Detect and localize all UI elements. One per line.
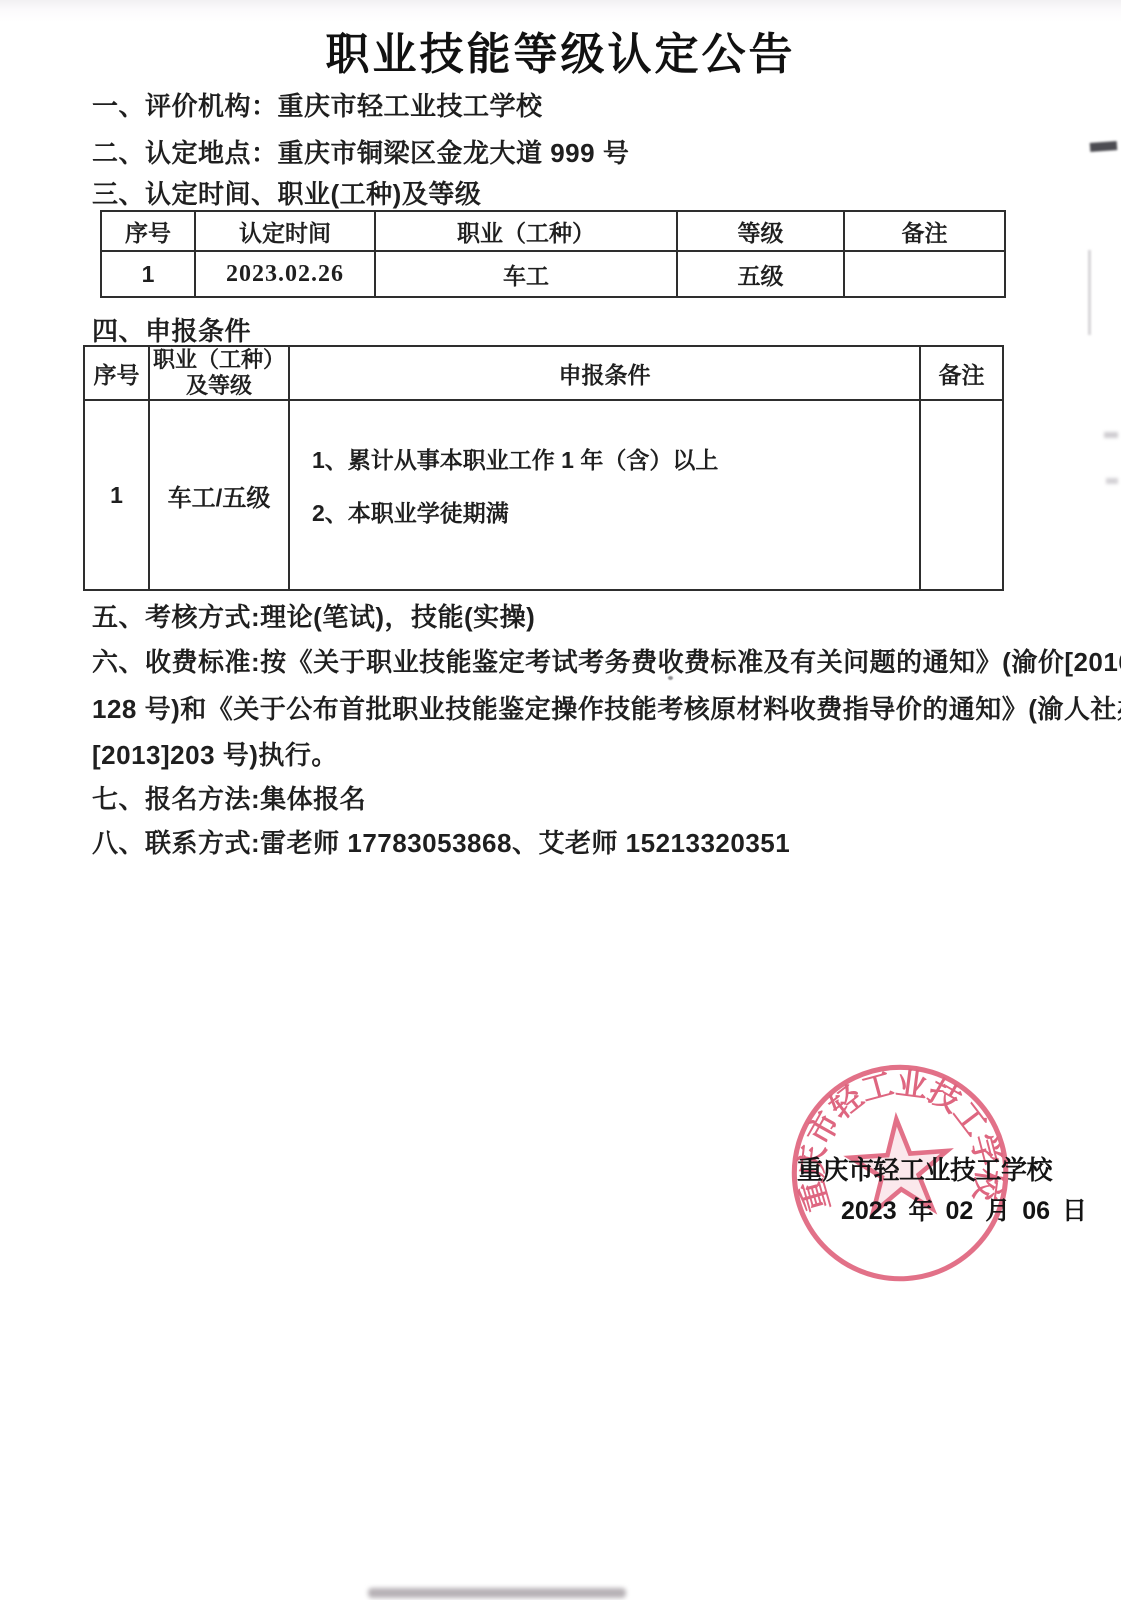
cell-note	[920, 400, 1003, 590]
schedule-table-row: 1 2023.02.26 车工 五级	[101, 251, 1005, 297]
document-page: 职业技能等级认定公告 一、评价机构：重庆市轻工业技工学校 二、认定地点：重庆市铜…	[0, 0, 1121, 1600]
section-registration: 七、报名方法:集体报名	[92, 779, 366, 816]
scan-artifact-squiggle	[1106, 478, 1118, 484]
conditions-table-header-row: 序号 职业（工种） 及等级 申报条件 备注	[84, 346, 1003, 400]
section-assessment: 五、考核方式:理论(笔试)，技能(实操)	[92, 597, 535, 634]
condition-line-2: 2、本职业学徒期满	[312, 495, 919, 528]
header-cell-no: 序号	[84, 346, 149, 400]
cell-conditions: 1、累计从事本职业工作 1 年（含）以上 2、本职业学徒期满	[289, 400, 920, 590]
schedule-table-header-row: 序号 认定时间 职业（工种） 等级 备注	[101, 211, 1005, 251]
header-job-line1: 职业（工种）	[150, 347, 288, 373]
signature-date: 2023 年 02 月 06 日	[841, 1191, 1087, 1227]
scan-artifact-edge-line	[1088, 250, 1091, 335]
cell-date: 2023.02.26	[195, 251, 375, 297]
signature-school-name: 重庆市轻工业技工学校	[797, 1150, 1052, 1187]
condition-lines: 1、累计从事本职业工作 1 年（含）以上 2、本职业学徒期满	[290, 442, 919, 528]
section-contact: 八、联系方式:雷老师 17783053868、艾老师 15213320351	[92, 823, 790, 860]
page-title: 职业技能等级认定公告	[0, 18, 1121, 82]
schedule-table: 序号 认定时间 职业（工种） 等级 备注 1 2023.02.26 车工 五级	[100, 210, 1006, 298]
header-cell-occupation: 职业（工种）	[375, 211, 677, 251]
section-fee-line3: [2013]203 号)执行。	[92, 735, 338, 772]
header-job-line2: 及等级	[150, 373, 288, 399]
section-schedule-heading: 三、认定时间、职业(工种)及等级	[92, 174, 481, 211]
header-cell-no: 序号	[101, 211, 195, 251]
condition-line-1: 1、累计从事本职业工作 1 年（含）以上	[312, 442, 919, 475]
header-cell-level: 等级	[677, 211, 844, 251]
header-cell-note: 备注	[920, 346, 1003, 400]
header-cell-note: 备注	[844, 211, 1005, 251]
scan-artifact-edge-dash	[1090, 141, 1118, 152]
cell-occupation: 车工	[375, 251, 677, 297]
cell-job-level: 车工/五级	[149, 400, 289, 590]
section-conditions-heading: 四、申报条件	[92, 311, 251, 348]
section-location: 二、认定地点：重庆市铜梁区金龙大道 999 号	[92, 133, 629, 170]
conditions-table: 序号 职业（工种） 及等级 申报条件 备注 1 车工/五级 1、累计从事本职业工…	[83, 345, 1004, 591]
header-cell-date: 认定时间	[195, 211, 375, 251]
section-fee-line1: 六、收费标准:按《关于职业技能鉴定考试考务费收费标准及有关问题的通知》(渝价[2…	[92, 642, 1121, 679]
scan-artifact-squiggle	[1104, 432, 1118, 438]
conditions-table-row: 1 车工/五级 1、累计从事本职业工作 1 年（含）以上 2、本职业学徒期满	[84, 400, 1003, 590]
header-cell-job-level: 职业（工种） 及等级	[149, 346, 289, 400]
cell-level: 五级	[677, 251, 844, 297]
cell-no: 1	[101, 251, 195, 297]
section-fee-line2: 128 号)和《关于公布首批职业技能鉴定操作技能考核原材料收费指导价的通知》(渝…	[92, 689, 1121, 726]
header-cell-conditions: 申报条件	[289, 346, 920, 400]
section-evaluator: 一、评价机构：重庆市轻工业技工学校	[92, 86, 543, 123]
cell-no: 1	[84, 400, 149, 590]
cell-note	[844, 251, 1005, 297]
scan-artifact-bottom-remnant	[368, 1588, 626, 1598]
